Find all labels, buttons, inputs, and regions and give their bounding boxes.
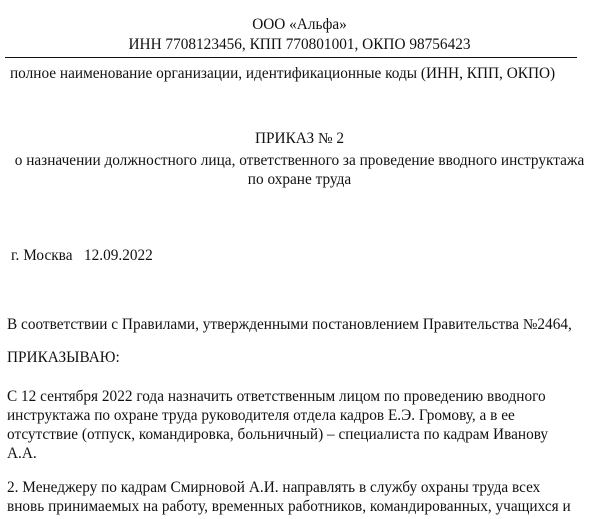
organization-codes: ИНН 7708123456, КПП 770801001, ОКПО 9875… — [0, 35, 599, 54]
order-item-2: 2. Менеджеру по кадрам Смирновой А.И. на… — [7, 478, 592, 516]
city: г. Москва — [11, 247, 72, 264]
order-item-2-line: 2. Менеджеру по кадрам Смирновой А.И. на… — [7, 478, 592, 497]
header-underline — [5, 57, 577, 58]
order-subtitle-line-1: о назначении должностного лица, ответств… — [0, 151, 599, 170]
order-subtitle-line-2: по охране труда — [0, 170, 599, 189]
place-and-date: г. Москва 12.09.2022 — [11, 246, 153, 265]
header-caption: полное наименование организации, идентиф… — [10, 64, 555, 83]
organization-name: ООО «Альфа» — [0, 15, 599, 34]
order-item-1: С 12 сентября 2022 года назначить ответс… — [7, 387, 592, 463]
order-item-2-line: вновь принимаемых на работу, временных р… — [7, 497, 592, 516]
order-date: 12.09.2022 — [84, 247, 153, 264]
order-item-1-line: инструктажа по охране труда руководителя… — [7, 406, 592, 425]
order-item-1-line: С 12 сентября 2022 года назначить ответс… — [7, 387, 592, 406]
order-item-1-line: отсутствие (отпуск, командировка, больни… — [7, 425, 592, 444]
order-item-1-line: А.А. — [7, 444, 592, 463]
order-word: ПРИКАЗЫВАЮ: — [7, 348, 120, 367]
preamble: В соответствии с Правилами, утвержденным… — [7, 315, 572, 334]
order-heading: ПРИКАЗ № 2 — [0, 129, 599, 148]
